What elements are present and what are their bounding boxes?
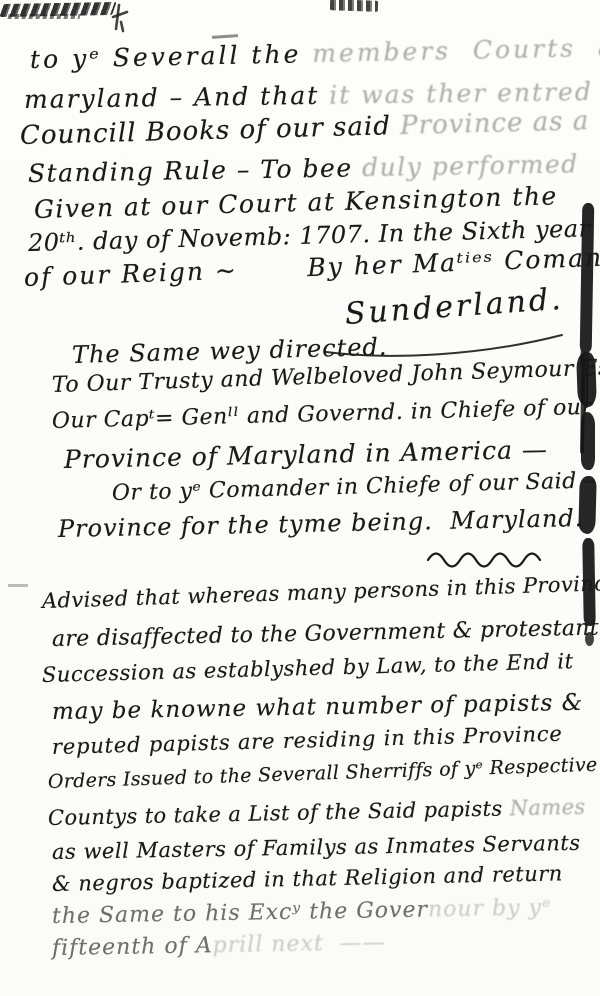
line-text-faded: Names bbox=[509, 795, 586, 821]
signature-sunderland: Sunderland. bbox=[344, 283, 565, 331]
line-text: Advised that whereas many persons in thi… bbox=[42, 571, 600, 613]
manuscript-line: reputed papists are residing in this Pro… bbox=[52, 723, 563, 759]
manuscript-line: Countys to take a List of the Said papis… bbox=[48, 796, 586, 830]
line-text: maryland – And that bbox=[24, 81, 330, 114]
manuscript-line: Or to yᵉ Comander in Chiefe of our Said … bbox=[112, 469, 596, 506]
line-text-faded: nour by yᵉ bbox=[428, 895, 552, 922]
line-text: reputed papists are residing in this Pro… bbox=[52, 722, 563, 759]
line-text: Province for the tyme being. Maryland. bbox=[58, 504, 584, 543]
ink-smudge-top-center bbox=[330, 0, 378, 12]
manuscript-line: Our Capᵗ= Genˡˡ and Governd. in Chiefe o… bbox=[52, 396, 593, 434]
manuscript-line: may be knowne what number of papists & bbox=[52, 691, 584, 726]
line-text: to yᵉ Severall the bbox=[30, 39, 313, 74]
line-text: Province of Maryland in America — bbox=[64, 435, 548, 474]
line-text: & negros baptized in that Religion and r… bbox=[52, 861, 563, 896]
manuscript-line: Succession as establyshed by Law, to the… bbox=[42, 650, 574, 687]
line-text: Countys to take a List of the Said papis… bbox=[48, 796, 510, 830]
line-text: Standing Rule – To bee bbox=[28, 153, 363, 188]
ink-smudge-top-left-2 bbox=[7, 14, 80, 19]
line-text: Orders Issued to the Severall Sherriffs … bbox=[48, 754, 598, 793]
manuscript-line: to yᵉ Severall the members Courts at in … bbox=[30, 30, 600, 73]
line-text-faded: prill next —— bbox=[212, 930, 386, 958]
manuscript-page: to yᵉ Severall the members Courts at in … bbox=[0, 0, 600, 996]
line-text: are disaffected to the Government & prot… bbox=[52, 616, 599, 652]
line-text: Sunderland. bbox=[344, 282, 565, 332]
manuscript-line: Advised that whereas many persons in thi… bbox=[42, 572, 600, 613]
manuscript-line: Orders Issued to the Severall Sherriffs … bbox=[48, 755, 598, 793]
line-text: may be knowne what number of papists & bbox=[52, 690, 584, 725]
binding-edge-mark bbox=[581, 412, 595, 470]
manuscript-line: Councill Books of our said Province as a bbox=[20, 107, 590, 150]
pencil-numeral-mark bbox=[110, 2, 132, 34]
line-text: Our Capᵗ= Genˡˡ and Governd. in Chiefe o… bbox=[52, 395, 593, 434]
line-text-faded: Province as a bbox=[400, 106, 590, 141]
line-text: Succession as establyshed by Law, to the… bbox=[42, 649, 574, 687]
line-text: Or to yᵉ Comander in Chiefe of our Said … bbox=[112, 468, 596, 506]
manuscript-line: Province of Maryland in America — bbox=[64, 436, 548, 474]
stray-dash-mark bbox=[212, 34, 238, 39]
margin-dash-mark bbox=[8, 584, 28, 587]
line-text-faded: duly performed bbox=[362, 149, 579, 182]
line-text-faded: members Courts at in —— – bbox=[312, 29, 600, 68]
manuscript-line: fifteenth of Aprill next —— bbox=[52, 931, 386, 961]
manuscript-line: as well Masters of Familys as Inmates Se… bbox=[52, 832, 581, 864]
line-text: the Same to his Excʸ the Gover bbox=[52, 897, 428, 929]
line-text: Councill Books of our said bbox=[20, 111, 401, 151]
flourish-squiggle bbox=[425, 545, 560, 573]
manuscript-line: the Same to his Excʸ the Governour by yᵉ bbox=[52, 896, 552, 929]
manuscript-line: Province for the tyme being. Maryland. bbox=[58, 505, 584, 542]
manuscript-line: & negros baptized in that Religion and r… bbox=[52, 862, 563, 896]
line-text: fifteenth of A bbox=[52, 933, 213, 961]
line-text: as well Masters of Familys as Inmates Se… bbox=[52, 831, 581, 864]
line-text-faded: it was ther entred in a bbox=[329, 76, 600, 110]
manuscript-line: are disaffected to the Government & prot… bbox=[52, 617, 599, 653]
